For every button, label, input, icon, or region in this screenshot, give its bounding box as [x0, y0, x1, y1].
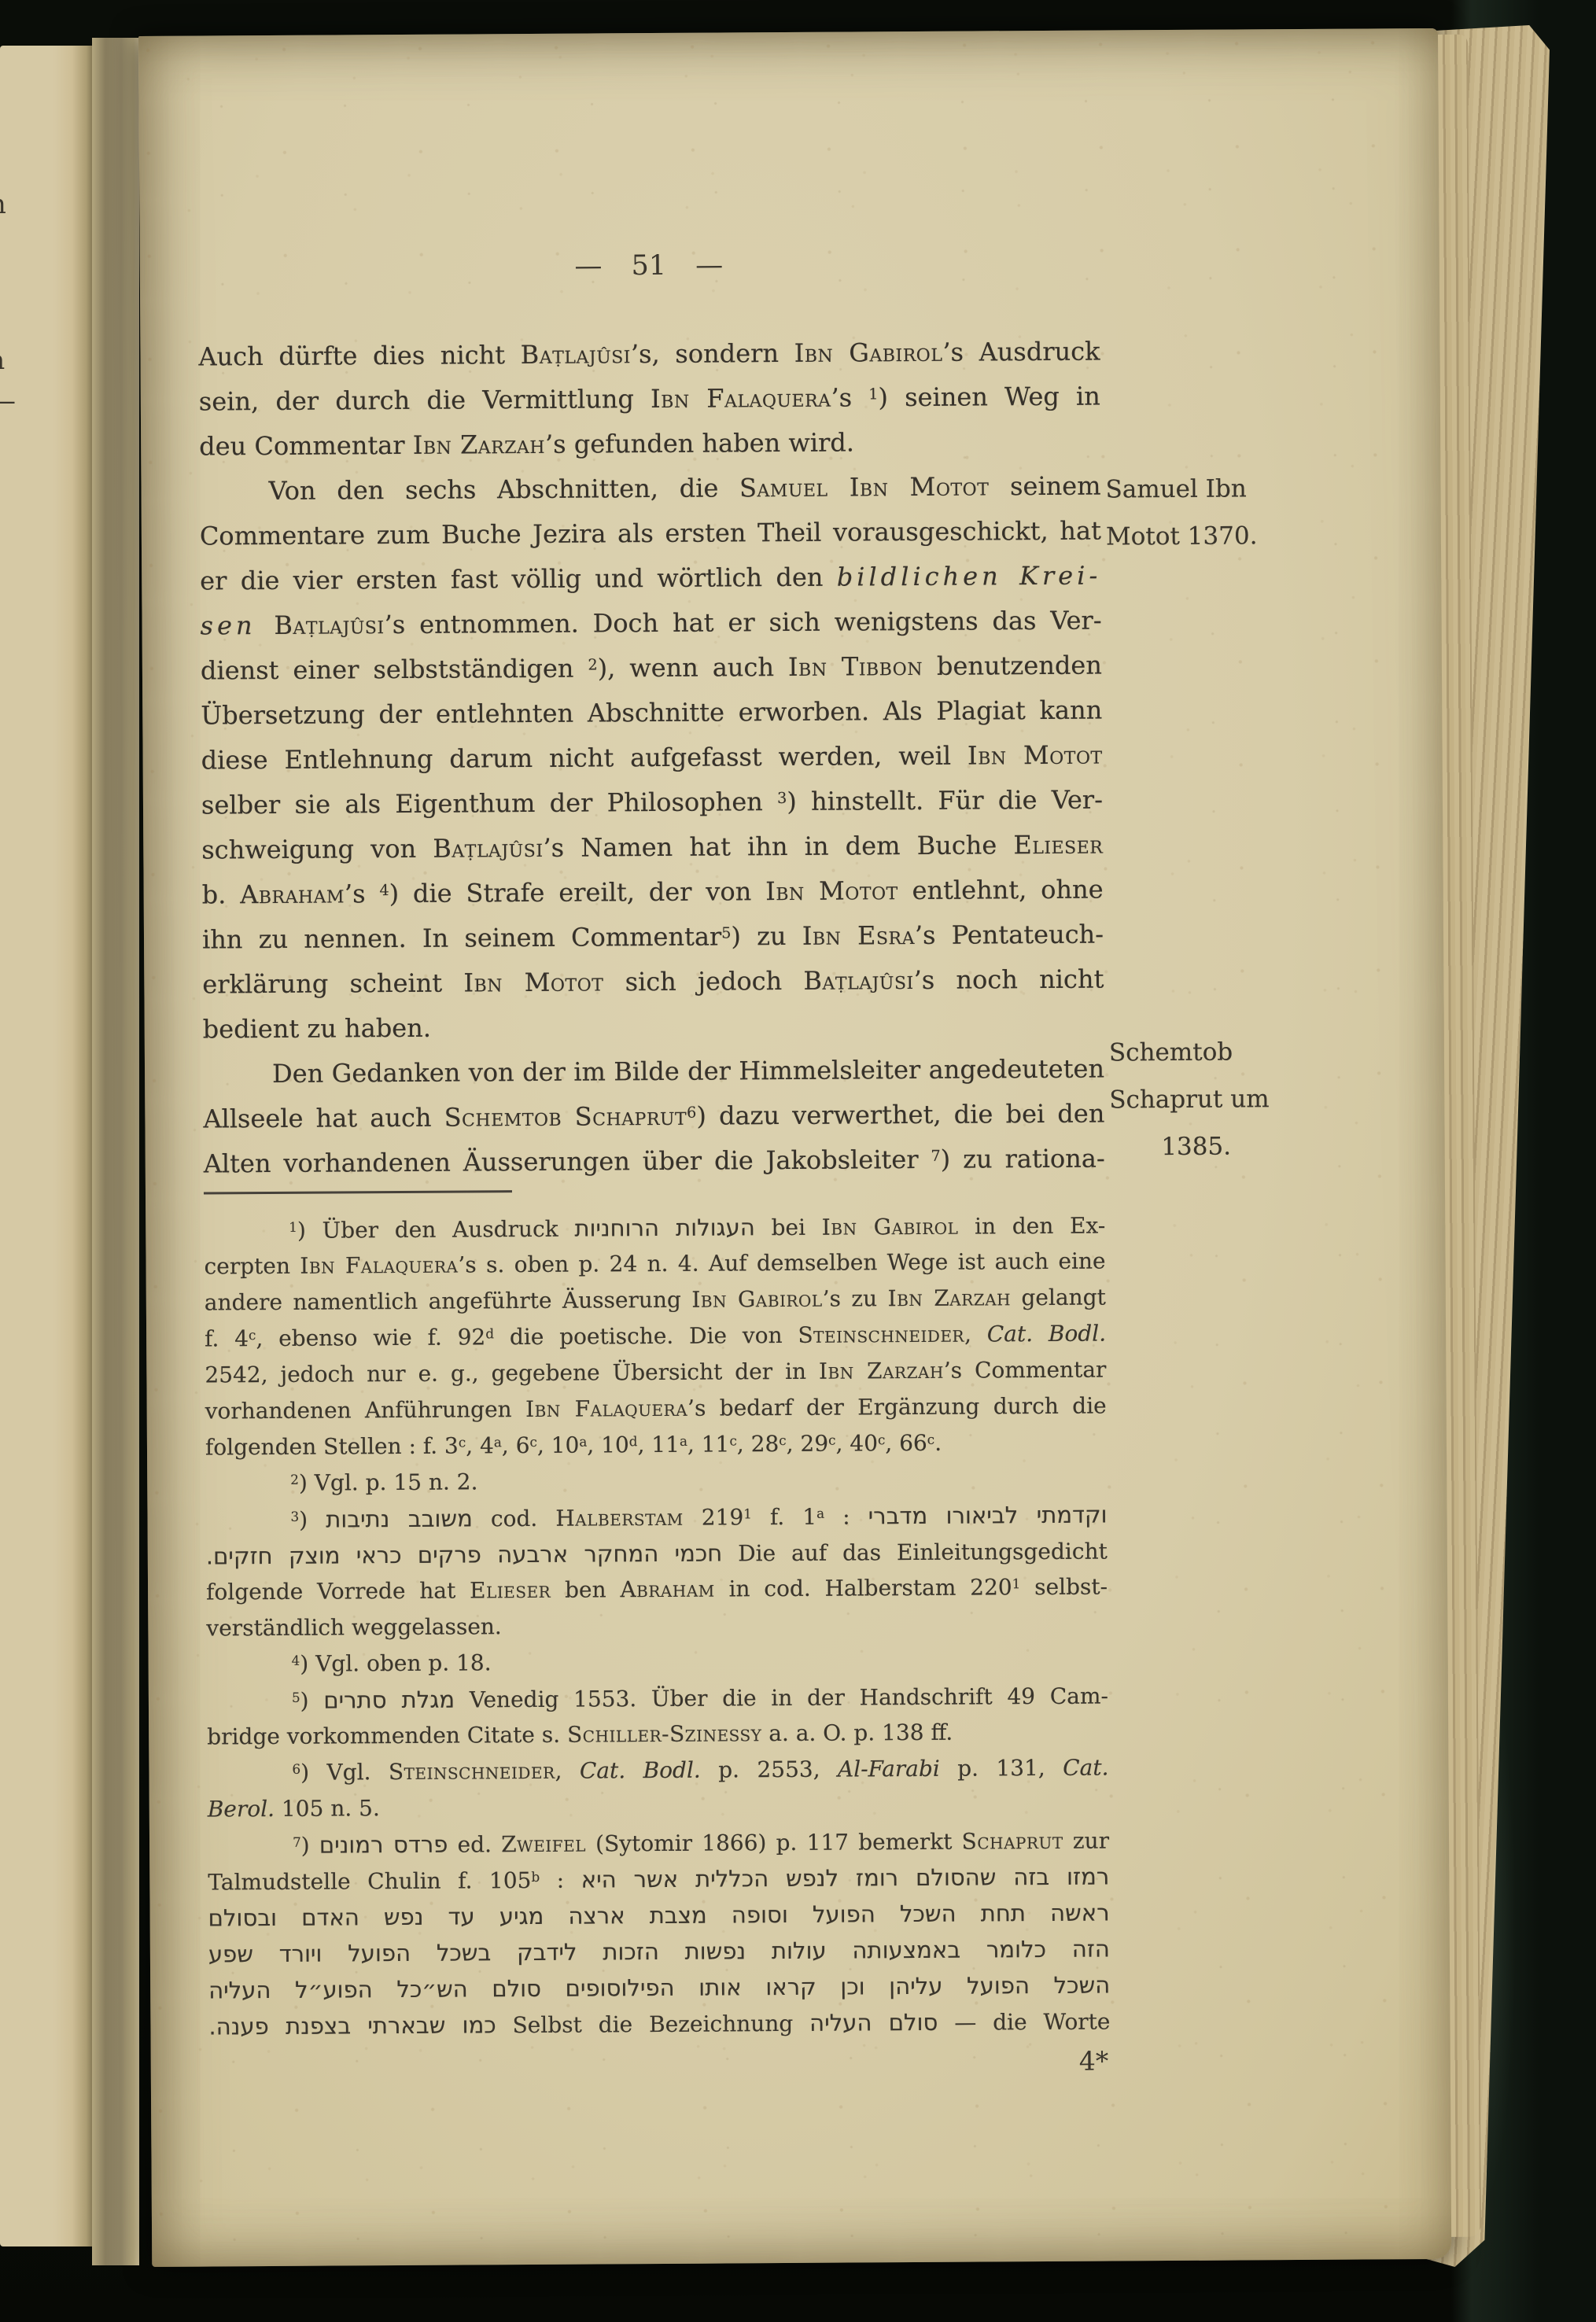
- text-line: Von den sechs Abschnitten, die Samuel Ib…: [199, 464, 1100, 514]
- margin-note-samuel-ibn-motot: Samuel IbnMotot 1370.: [1105, 465, 1279, 560]
- text-line: Commentare zum Buche Jezira als ersten T…: [200, 509, 1101, 559]
- text-line: verständlich weggelassen.: [206, 1605, 1108, 1647]
- text-line: folgende Vorrede hat Elieser ben Abraham…: [206, 1569, 1108, 1611]
- cut-off-text-fragment: —: [0, 385, 16, 417]
- text-line: 2) Vgl. p. 15 n. 2.: [205, 1461, 1107, 1502]
- text-line: Auch dürfte dies nicht Baṭlajûsi’s, sond…: [198, 330, 1100, 380]
- text-line: 4) Vgl. oben p. 18.: [207, 1642, 1108, 1683]
- text-line: cerpten Ibn Falaquera’s s. oben p. 24 n.…: [204, 1244, 1105, 1285]
- signature-mark: 4*: [1079, 2046, 1109, 2077]
- text-line: 5) מגלת סתרים Venedig 1553. Über die in …: [207, 1678, 1108, 1719]
- text-line: Schemtob: [1109, 1028, 1282, 1076]
- text-line: Den Gedanken von der im Bilde der Himmel…: [203, 1047, 1104, 1097]
- text-line: schweigung von Baṭlajûsi’s Namen hat ihn…: [201, 823, 1103, 873]
- text-line: Motot 1370.: [1106, 512, 1279, 560]
- text-line: השכל הפועל עליהן וכן קראו אותו הפילוסופי…: [208, 1967, 1110, 2009]
- text-line: 7) פרדס רמונים ed. Zweifel (Sytomir 1866…: [208, 1823, 1109, 1864]
- text-line: sein, der durch die Vermittlung Ibn Fala…: [199, 374, 1100, 425]
- text-line: er die vier ersten fast völlig und wörtl…: [200, 554, 1101, 604]
- text-line: ihn zu nennen. In seinem Commentar5) zu …: [202, 912, 1104, 963]
- text-line: Samuel Ibn: [1105, 465, 1278, 513]
- text-line: Alten vorhandenen Äusserungen über die J…: [204, 1137, 1105, 1187]
- book-scan-photo: n · a — — 51 — Auch dürfte dies nicht Ba…: [0, 0, 1596, 2322]
- text-line: b. Abraham’s 4) die Strafe ereilt, der v…: [201, 868, 1103, 918]
- text-line: ראשה תחת השכל הפועל וסופה מצבת ארצה מגיע…: [208, 1895, 1109, 1937]
- text-line: f. 4c, ebenso wie f. 92d die poetische. …: [205, 1316, 1106, 1358]
- margin-note-schemtob-schaprut: SchemtobSchaprut um1385.: [1109, 1028, 1283, 1170]
- text-line: 6) Vgl. Steinschneider, Cat. Bodl. p. 25…: [207, 1750, 1108, 1792]
- text-line: 1) Über den Ausdruck העגולות הרוחניות be…: [204, 1207, 1105, 1249]
- text-line: bridge vorkommenden Citate s. Schiller-S…: [207, 1714, 1108, 1756]
- page-number: — 51 —: [198, 248, 1100, 285]
- text-line: diese Entlehnung darum nicht aufgefasst …: [201, 733, 1102, 783]
- text-line: כמו שבארתי בצפנת פענה. Selbst die Bezeic…: [208, 2003, 1110, 2045]
- text-line: Allseele hat auch Schemtob Schaprut6) da…: [203, 1092, 1104, 1142]
- footnotes: 1) Über den Ausdruck העגולות הרוחניות be…: [204, 1207, 1110, 2045]
- text-line: sen Baṭlajûsi’s entnommen. Doch hat er s…: [200, 599, 1101, 649]
- text-line: andere namentlich angeführte Äusserung I…: [205, 1280, 1106, 1321]
- cut-off-text-fragment: n: [0, 189, 6, 220]
- text-line: deu Commentar Ibn Zarzah’s gefunden habe…: [199, 419, 1100, 470]
- text-line: Übersetzung der entlehnten Abschnitte er…: [201, 688, 1102, 739]
- text-line: 3) משובב נתיבות cod. Halberstam 2191 f. …: [205, 1497, 1107, 1539]
- book-gutter-shadow: [92, 38, 139, 2265]
- text-line: dienst einer selbstständigen 2), wenn au…: [201, 643, 1102, 694]
- text-line: הזה כלומר באמצעותה עולות נפשות הזכות ליד…: [208, 1931, 1110, 1973]
- text-line: 1385.: [1109, 1122, 1282, 1170]
- text-line: erklärung scheint Ibn Motot sich jedoch …: [202, 957, 1104, 1008]
- text-line: Talmudstelle Chulin f. 105b : רמזו בזה ש…: [208, 1859, 1109, 1900]
- text-line: bedient zu haben.: [203, 1002, 1104, 1052]
- text-line: Schaprut um: [1109, 1075, 1282, 1123]
- text-line: selber sie als Eigenthum der Philosophen…: [201, 778, 1103, 828]
- scanned-page: — 51 — Auch dürfte dies nicht Baṭlajûsi’…: [138, 28, 1451, 2267]
- text-line: 2542, jedoch nur e. g., gegebene Übersic…: [205, 1352, 1106, 1394]
- footnote-separator-rule: [204, 1190, 512, 1194]
- text-line: vorhandenen Anführungen Ibn Falaquera’s …: [205, 1388, 1107, 1430]
- facing-page-sliver: n · a —: [0, 46, 92, 2246]
- text-line: folgenden Stellen : f. 3c, 4a, 6c, 10a, …: [205, 1425, 1107, 1466]
- text-line: חכמי המחקר ארבעה פרקים כראי מוצק חזקים. …: [206, 1533, 1108, 1575]
- text-line: Berol. 105 n. 5.: [208, 1786, 1109, 1828]
- main-text: Auch dürfte dies nicht Baṭlajûsi’s, sond…: [198, 330, 1105, 1187]
- cut-off-text-fragment: a: [0, 345, 5, 376]
